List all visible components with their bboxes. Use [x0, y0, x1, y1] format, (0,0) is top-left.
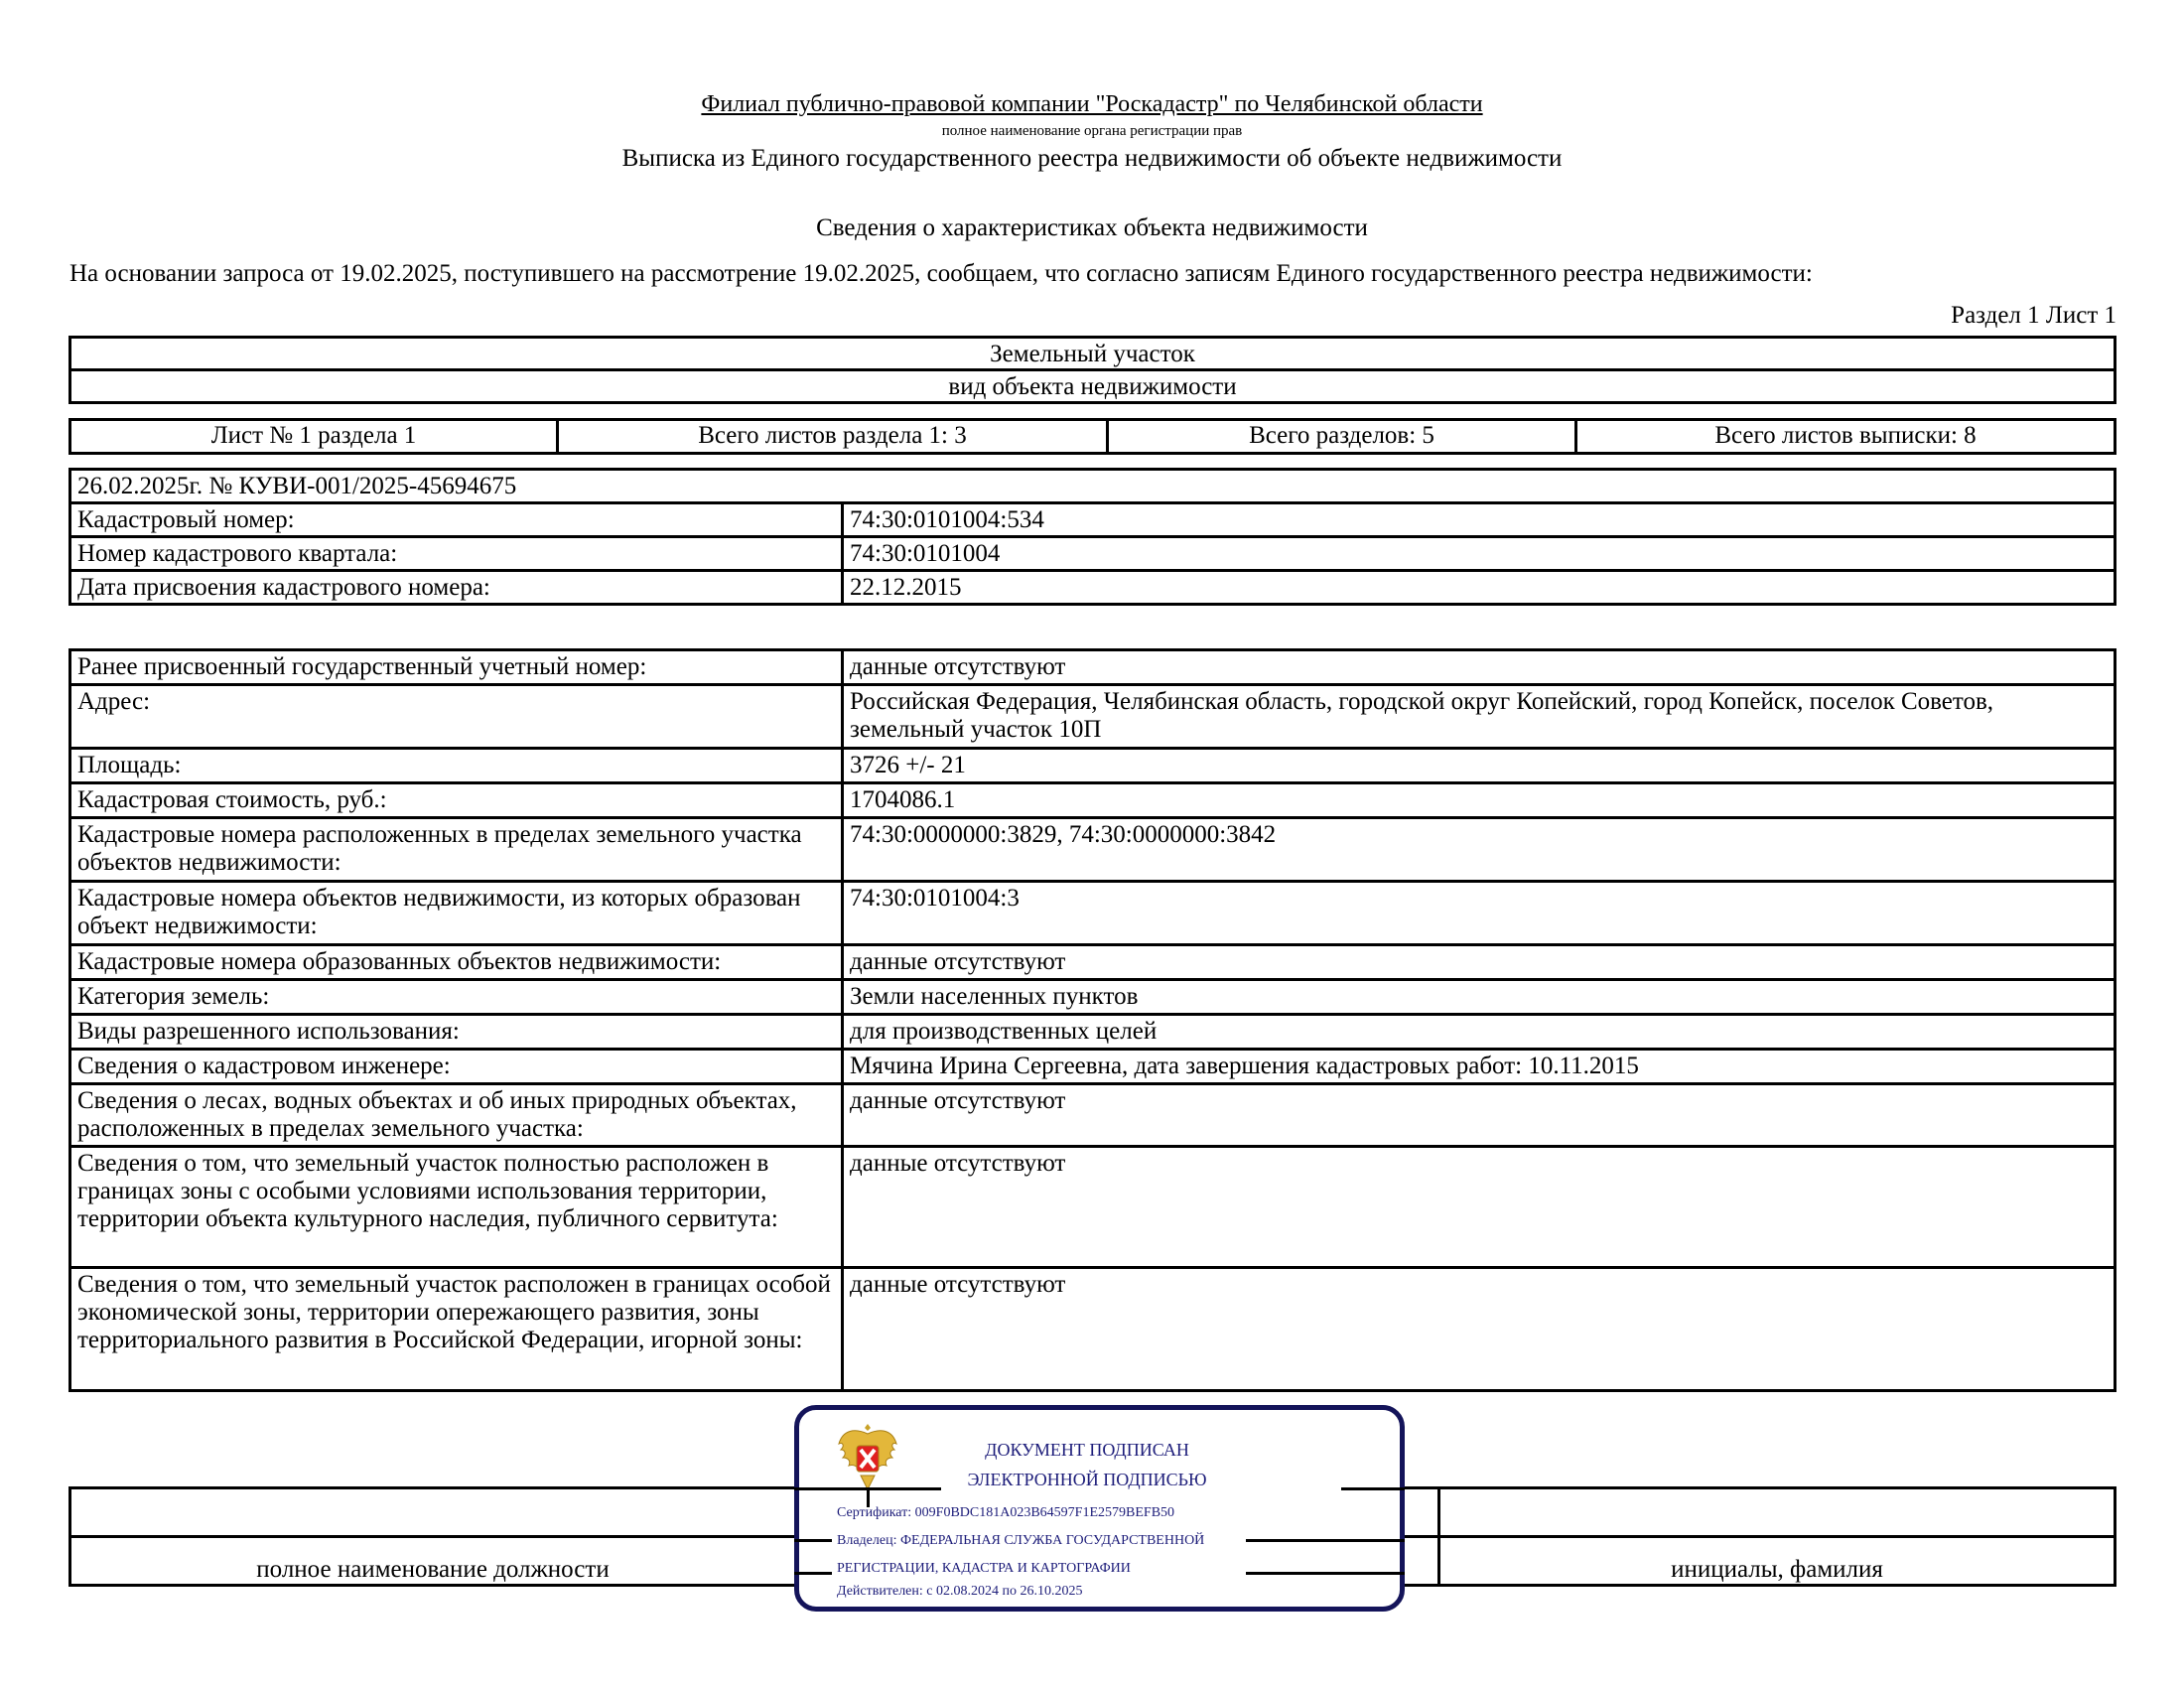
total-sheets: Всего листов выписки: 8 — [1576, 420, 2116, 454]
row-label: Дата присвоения кадастрового номера: — [70, 571, 843, 605]
registration-number: 26.02.2025г. № КУВИ-001/2025-45694675 — [70, 470, 2116, 503]
stamp-divider — [1341, 1487, 1405, 1490]
document-title: Выписка из Единого государственного реес… — [0, 145, 2184, 173]
organization-name-text: Филиал публично-правовой компании "Роска… — [701, 91, 1482, 117]
object-type-value: Земельный участок — [70, 338, 2116, 370]
row-label: Номер кадастрового квартала: — [70, 537, 843, 571]
row-value: 74:30:0101004:534 — [843, 503, 2116, 537]
row-value: данные отсутствуют — [843, 945, 2116, 980]
table-row: Кадастровые номера образованных объектов… — [70, 945, 2116, 980]
sheets-table: Лист № 1 раздела 1 Всего листов раздела … — [68, 418, 2116, 455]
row-label: Ранее присвоенный государственный учетны… — [70, 650, 843, 685]
stamp-owner-line2: РЕГИСТРАЦИИ, КАДАСТРА И КАРТОГРАФИИ — [837, 1561, 1131, 1577]
table-row: Кадастровый номер: 74:30:0101004:534 — [70, 503, 2116, 537]
registration-table: 26.02.2025г. № КУВИ-001/2025-45694675 Ка… — [68, 468, 2116, 606]
position-caption: полное наименование должности — [70, 1537, 796, 1586]
organization-caption: полное наименование органа регистрации п… — [0, 123, 2184, 140]
row-label: Кадастровый номер: — [70, 503, 843, 537]
row-value: 1704086.1 — [843, 783, 2116, 818]
coat-of-arms-icon — [835, 1420, 900, 1495]
table-row: Номер кадастрового квартала: 74:30:01010… — [70, 537, 2116, 571]
row-label: Адрес: — [70, 685, 843, 749]
table-row: Категория земель:Земли населенных пункто… — [70, 980, 2116, 1015]
section-title: Сведения о характеристиках объекта недви… — [0, 214, 2184, 242]
table-row: Площадь:3726 +/- 21 — [70, 749, 2116, 783]
stamp-certificate: Сертификат: 009F0BDC181A023B64597F1E2579… — [837, 1505, 1174, 1521]
row-value: данные отсутствуют — [843, 1268, 2116, 1391]
stamp-validity: Действителен: с 02.08.2024 по 26.10.2025 — [837, 1584, 1082, 1600]
object-type-table: Земельный участок вид объекта недвижимос… — [68, 336, 2116, 404]
row-label: Виды разрешенного использования: — [70, 1015, 843, 1050]
stamp-divider — [867, 1487, 870, 1507]
row-label: Кадастровые номера объектов недвижимости… — [70, 882, 843, 945]
stamp-title-line1: ДОКУМЕНТ ПОДПИСАН — [938, 1440, 1236, 1461]
row-label: Сведения о том, что земельный участок ра… — [70, 1268, 843, 1391]
table-row: Сведения о лесах, водных объектах и об и… — [70, 1084, 2116, 1147]
section-sheet-label: Раздел 1 Лист 1 — [1951, 302, 2116, 330]
table-row: Сведения о том, что земельный участок ра… — [70, 1268, 2116, 1391]
name-caption: инициалы, фамилия — [1439, 1537, 2116, 1586]
basis-text: На основании запроса от 19.02.2025, пост… — [69, 260, 1813, 288]
electronic-signature-stamp: ДОКУМЕНТ ПОДПИСАН ЭЛЕКТРОННОЙ ПОДПИСЬЮ С… — [794, 1405, 1405, 1612]
organization-name: Филиал публично-правовой компании "Роска… — [0, 91, 2184, 118]
row-label: Сведения о кадастровом инженере: — [70, 1050, 843, 1084]
row-value: 74:30:0101004 — [843, 537, 2116, 571]
row-label: Сведения о том, что земельный участок по… — [70, 1147, 843, 1268]
stamp-owner-line1: Владелец: ФЕДЕРАЛЬНАЯ СЛУЖБА ГОСУДАРСТВЕ… — [837, 1533, 1204, 1549]
characteristics-table: Ранее присвоенный государственный учетны… — [68, 648, 2116, 1392]
row-value: Мячина Ирина Сергеевна, дата завершения … — [843, 1050, 2116, 1084]
table-row: Сведения о том, что земельный участок по… — [70, 1147, 2116, 1268]
row-label: Кадастровая стоимость, руб.: — [70, 783, 843, 818]
sheet-number: Лист № 1 раздела 1 — [70, 420, 558, 454]
table-row: Кадастровая стоимость, руб.:1704086.1 — [70, 783, 2116, 818]
table-row: Кадастровые номера объектов недвижимости… — [70, 882, 2116, 945]
total-sections: Всего разделов: 5 — [1108, 420, 1576, 454]
row-label: Кадастровые номера расположенных в преде… — [70, 818, 843, 882]
row-value: 3726 +/- 21 — [843, 749, 2116, 783]
table-row: Сведения о кадастровом инженере:Мячина И… — [70, 1050, 2116, 1084]
table-row: Кадастровые номера расположенных в преде… — [70, 818, 2116, 882]
table-row: Адрес:Российская Федерация, Челябинская … — [70, 685, 2116, 749]
position-field — [70, 1488, 796, 1537]
section-sheets-count: Всего листов раздела 1: 3 — [558, 420, 1108, 454]
row-value: данные отсутствуют — [843, 1147, 2116, 1268]
row-label: Сведения о лесах, водных объектах и об и… — [70, 1084, 843, 1147]
table-row: Виды разрешенного использования:для прои… — [70, 1015, 2116, 1050]
row-label: Кадастровые номера образованных объектов… — [70, 945, 843, 980]
row-value: данные отсутствуют — [843, 1084, 2116, 1147]
stamp-divider — [1246, 1539, 1405, 1542]
table-row: Ранее присвоенный государственный учетны… — [70, 650, 2116, 685]
row-label: Категория земель: — [70, 980, 843, 1015]
row-label: Площадь: — [70, 749, 843, 783]
stamp-divider — [1246, 1572, 1405, 1575]
row-value: 74:30:0101004:3 — [843, 882, 2116, 945]
row-value: 22.12.2015 — [843, 571, 2116, 605]
stamp-title-line2: ЭЛЕКТРОННОЙ ПОДПИСЬЮ — [938, 1470, 1236, 1490]
row-value: для производственных целей — [843, 1015, 2116, 1050]
row-value: данные отсутствуют — [843, 650, 2116, 685]
object-type-caption: вид объекта недвижимости — [70, 370, 2116, 403]
stamp-divider — [794, 1572, 832, 1575]
stamp-divider — [794, 1539, 832, 1542]
table-row: Дата присвоения кадастрового номера: 22.… — [70, 571, 2116, 605]
row-value: Российская Федерация, Челябинская област… — [843, 685, 2116, 749]
row-value: Земли населенных пунктов — [843, 980, 2116, 1015]
row-value: 74:30:0000000:3829, 74:30:0000000:3842 — [843, 818, 2116, 882]
name-field — [1439, 1488, 2116, 1537]
